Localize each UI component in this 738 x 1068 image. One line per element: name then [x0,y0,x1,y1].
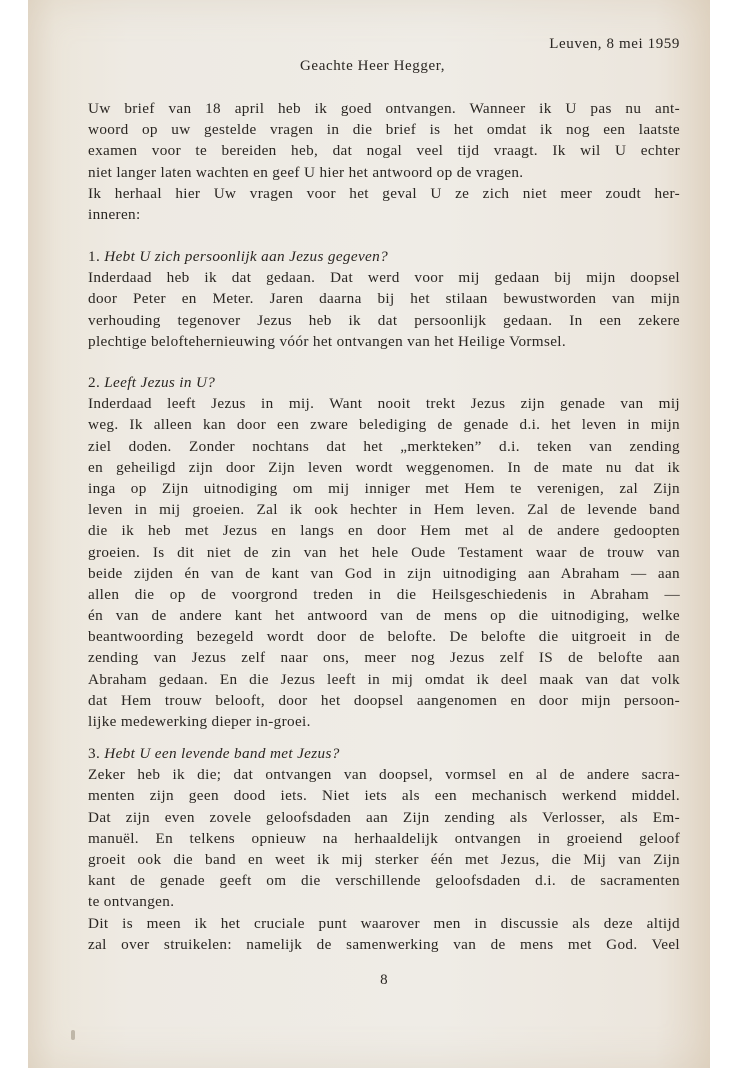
text-line: allen die op de voorgrond treden in die … [88,584,680,605]
text-line: en geheiligd zijn door Zijn leven wordt … [88,457,680,478]
text-line: lijke medewerking dieper in-groei. [88,711,680,732]
text-line: weg. Ik alleen kan door een zware beledi… [88,414,680,435]
question-text: Leeft Jezus in U? [104,374,215,391]
text-line: niet langer laten wachten en geef U hier… [88,162,680,183]
text-line: beide zijden én van de kant van God in z… [88,563,680,584]
section-question: 1. Hebt U zich persoonlijk aan Jezus geg… [88,246,680,267]
text-line: door Peter en Meter. Jaren daarna bij he… [88,288,680,309]
text-line: zending van Jezus zelf naar ons, meer no… [88,647,680,668]
question-text: Hebt U een levende band met Jezus? [104,745,339,762]
text-line: zal over struikelen: namelijk de samenwe… [88,934,680,955]
text-line: verhouding tegenover Jezus heb ik dat pe… [88,310,680,331]
text-line: dat Hem trouw belooft, door het doopsel … [88,690,680,711]
text-line: examen voor te bereiden heb, dat nogal v… [88,140,680,161]
intro-paragraph: Uw brief van 18 april heb ik goed ontvan… [88,98,680,225]
page-number: 8 [88,972,680,989]
text-line: menten zijn geen dood iets. Niet iets al… [88,785,680,806]
section-2: 2. Leeft Jezus in U? Inderdaad leeft Jez… [88,372,680,732]
document-page: Leuven, 8 mei 1959 Geachte Heer Hegger, … [28,0,710,1068]
text-line: leven in mij groeien. Zal ik ook hechter… [88,499,680,520]
text-line: Abraham gedaan. En die Jezus leeft in mi… [88,669,680,690]
section-question: 2. Leeft Jezus in U? [88,372,680,393]
text-line: Inderdaad leeft Jezus in mij. Want nooit… [88,393,680,414]
text-line: ziel doden. Zonder nochtans dat het „mer… [88,436,680,457]
text-line: woord op uw gestelde vragen in die brief… [88,119,680,140]
paper-smudge [71,1030,75,1040]
text-line: Zeker heb ik die; dat ontvangen van doop… [88,764,680,785]
text-line: beantwoording bezegeld wordt door de bel… [88,626,680,647]
text-line: groeien. Is dit niet de zin van het hele… [88,542,680,563]
question-number: 1. [88,248,100,265]
text-line: inneren: [88,204,680,225]
text-line: die ik heb met Jezus en langs en door He… [88,520,680,541]
dateline: Leuven, 8 mei 1959 [549,36,680,53]
text-line: Dit is meen ik het cruciale punt waarove… [88,913,680,934]
text-line: Ik herhaal hier Uw vragen voor het geval… [88,183,680,204]
text-line: én van de andere kant het antwoord van d… [88,605,680,626]
text-line: kant de genade geeft om die verschillend… [88,870,680,891]
section-1: 1. Hebt U zich persoonlijk aan Jezus geg… [88,246,680,352]
text-line: Uw brief van 18 april heb ik goed ontvan… [88,98,680,119]
question-number: 2. [88,374,100,391]
text-line: te ontvangen. [88,891,680,912]
text-line: inga op Zijn uitnodiging om mij inniger … [88,478,680,499]
salutation: Geachte Heer Hegger, [300,58,445,75]
section-question: 3. Hebt U een levende band met Jezus? [88,743,680,764]
text-line: Inderdaad heb ik dat gedaan. Dat werd vo… [88,267,680,288]
text-line: manuël. En telkens opnieuw na herhaaldel… [88,828,680,849]
question-number: 3. [88,745,100,762]
text-line: groeit ook die band en weet ik mij sterk… [88,849,680,870]
text-line: Dat zijn even zovele geloofsdaden aan Zi… [88,807,680,828]
section-3: 3. Hebt U een levende band met Jezus? Ze… [88,743,680,955]
question-text: Hebt U zich persoonlijk aan Jezus gegeve… [104,248,388,265]
text-line: plechtige beloftehernieuwing vóór het on… [88,331,680,352]
